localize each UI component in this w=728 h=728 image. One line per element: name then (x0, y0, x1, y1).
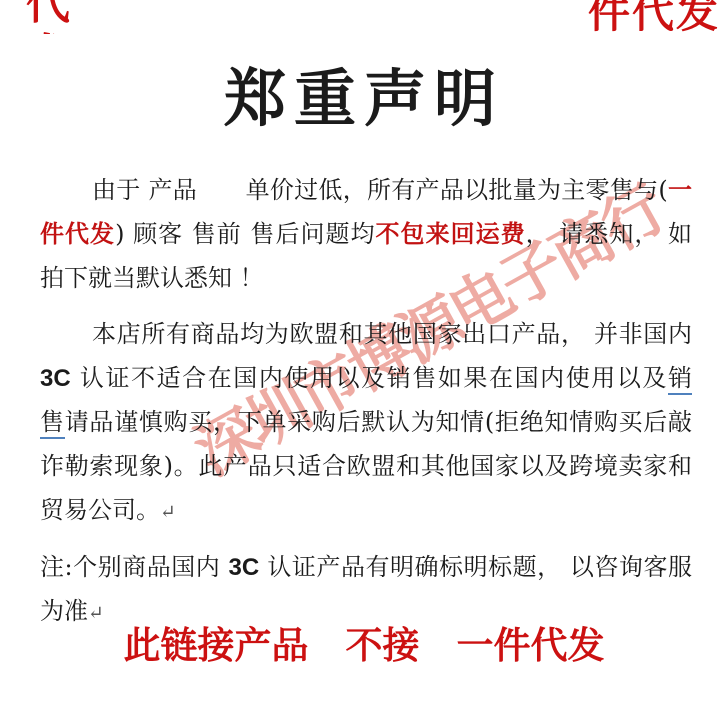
body-line-2: 件代发) 顾客 售前 售后问题均不包来回运费， 请悉知， 如 (40, 212, 692, 256)
return-mark-icon: ↵ (160, 501, 176, 523)
paragraph-1: 由于 产品 单价过低，所有产品以批量为主零售与(一 件代发) 顾客 售前 售后问… (40, 168, 692, 300)
line2-text-2: ， 请悉知， 如 (526, 220, 692, 248)
body-line-6: 售请品谨慎购买，下单采购后默认为知情(拒绝知情购买后敲 (40, 400, 692, 444)
body-line-3: 拍下就当默认悉知 ！ (40, 256, 692, 300)
line4-text: 本店所有商品均为欧盟和其他国家出口产品， 并非国内 (92, 320, 692, 348)
body-line-9: 注:个别商品国内 3C 认证产品有明确标明标题， 以咨询客服 (40, 545, 692, 589)
line2-red-text-2: 不包来回运费 (376, 219, 526, 248)
line9-text-2: 认证产品有明确标明标题， 以咨询客服 (259, 553, 692, 581)
line3-text: 拍下就当默认悉知 ！ (40, 264, 264, 292)
line8-text: 贸易公司。 (40, 496, 160, 524)
line5-underlined-text: 销 (668, 364, 692, 395)
body-line-5: 3C 认证不适合在国内使用以及销售如果在国内使用以及销 (40, 356, 692, 400)
body-line-8: 贸易公司。↵ (40, 488, 692, 532)
top-left-red-fragment: 代发 (26, 0, 122, 34)
top-right-fragment-text: 件代发 (588, 0, 720, 38)
body-line-7: 诈勒索现象)。此产品只适合欧盟和其他国家以及跨境卖家和 (40, 444, 692, 488)
no-dropship-notice: 此链接产品 不接 一件代发 (0, 620, 728, 670)
page-title: 郑重声明 (0, 58, 728, 140)
line6-text: 请品谨慎购买，下单采购后默认为知情(拒绝知情购买后敲 (65, 408, 692, 436)
line2-red-text-1: 件代发 (40, 219, 115, 248)
top-right-red-fragment: 件代发 (588, 0, 720, 42)
statement-body: 由于 产品 单价过低，所有产品以批量为主零售与(一 件代发) 顾客 售前 售后问… (40, 168, 692, 633)
line9-3c-label: 3C (229, 554, 260, 581)
line5-3c-label: 3C (40, 365, 71, 392)
line7-text: 诈勒索现象)。此产品只适合欧盟和其他国家以及跨境卖家和 (40, 452, 692, 480)
paragraph-2: 本店所有商品均为欧盟和其他国家出口产品， 并非国内 3C 认证不适合在国内使用以… (40, 312, 692, 532)
line1-red-text: 一 (668, 175, 692, 204)
body-line-1: 由于 产品 单价过低，所有产品以批量为主零售与(一 (40, 168, 692, 212)
line9-text-1: 注:个别商品国内 (40, 553, 229, 581)
body-line-4: 本店所有商品均为欧盟和其他国家出口产品， 并非国内 (40, 312, 692, 356)
line5-text: 认证不适合在国内使用以及销售如果在国内使用以及 (71, 364, 668, 392)
line2-text-1: ) 顾客 售前 售后问题均 (115, 220, 375, 248)
line1-text: 由于 产品 单价过低，所有产品以批量为主零售与( (92, 176, 668, 204)
line6-underlined-text: 售 (40, 408, 65, 439)
top-left-fragment-text: 代发 (26, 0, 122, 34)
disclaimer-image: 代发 件代发 深圳市博源电子商行 郑重声明 由于 产品 单价过低，所有产品以批量… (0, 0, 728, 728)
